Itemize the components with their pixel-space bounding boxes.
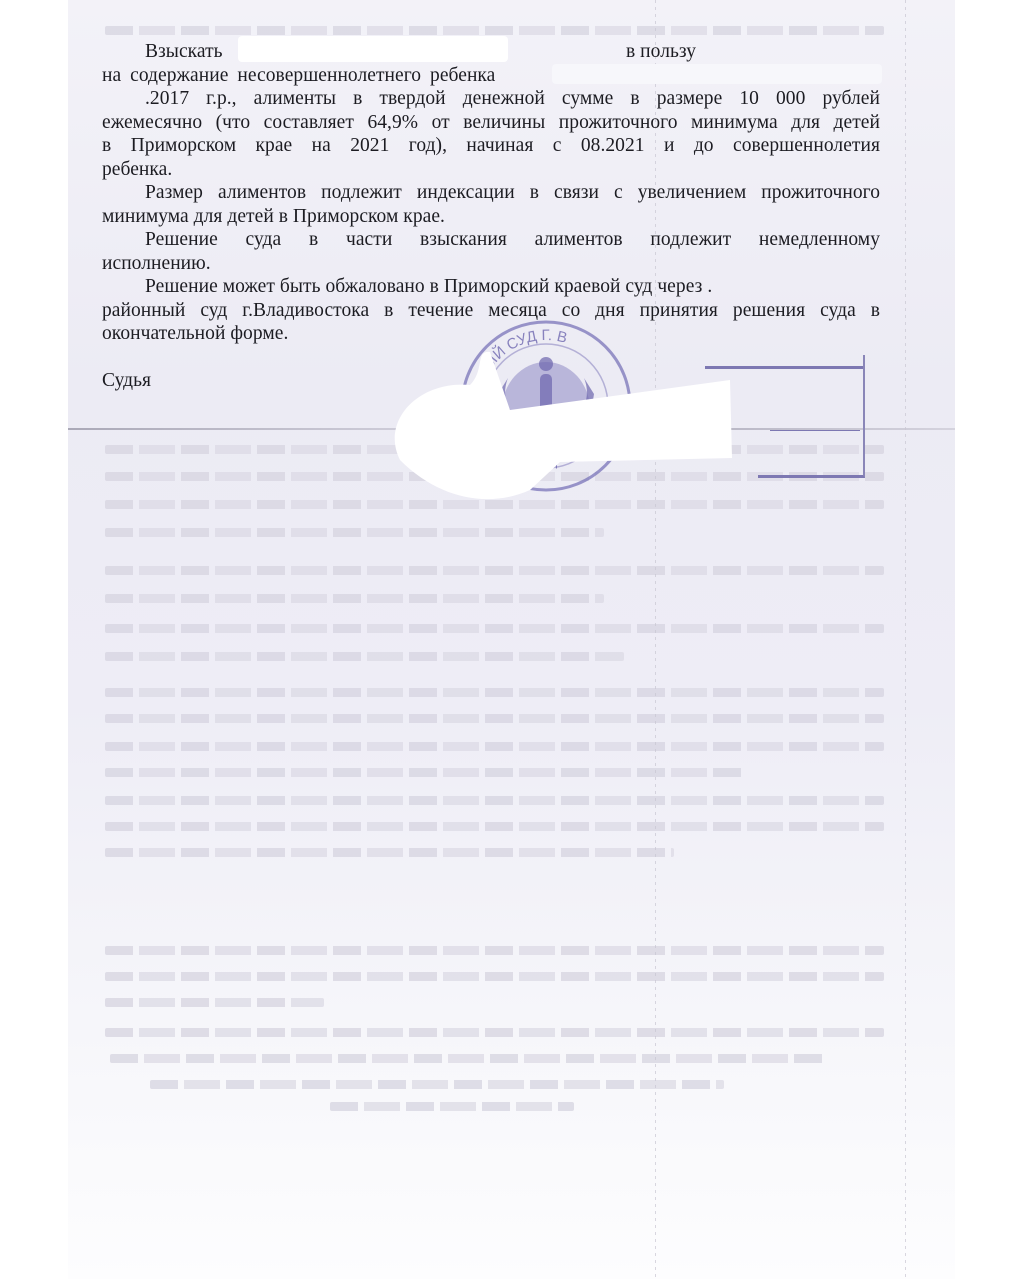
text-line: минимума для детей в Приморском крае. (102, 205, 880, 229)
text-fragment: в пользу (626, 40, 696, 64)
paragraph-immediate-execution: Решение суда в части взыскания алиментов… (102, 228, 880, 275)
text-line: ежемесячно (что составляет 64,9% от вели… (102, 111, 880, 135)
redaction-block (552, 64, 882, 84)
signature-frame (758, 355, 865, 478)
text-line: .2017 г.р., алименты в твердой денежной … (102, 87, 880, 111)
signature-line (770, 430, 860, 431)
text-line: Решение суда в части взыскания алиментов… (102, 228, 880, 252)
text-line: ребенка. (102, 158, 880, 182)
text-line: Решение может быть обжаловано в Приморск… (102, 275, 880, 299)
text-line: Размер алиментов подлежит индексации в с… (102, 181, 880, 205)
paragraph-indexation: Размер алиментов подлежит индексации в с… (102, 181, 880, 228)
text-line: исполнению. (102, 252, 880, 276)
text-line: в Приморском крае на 2021 год), начиная … (102, 134, 880, 158)
paragraph-alimony-amount: .2017 г.р., алименты в твердой денежной … (102, 87, 880, 181)
redaction-block (238, 36, 508, 62)
text-fragment: Взыскать (102, 41, 223, 62)
fold-line-vertical (905, 0, 906, 1279)
redaction-block (380, 340, 740, 510)
